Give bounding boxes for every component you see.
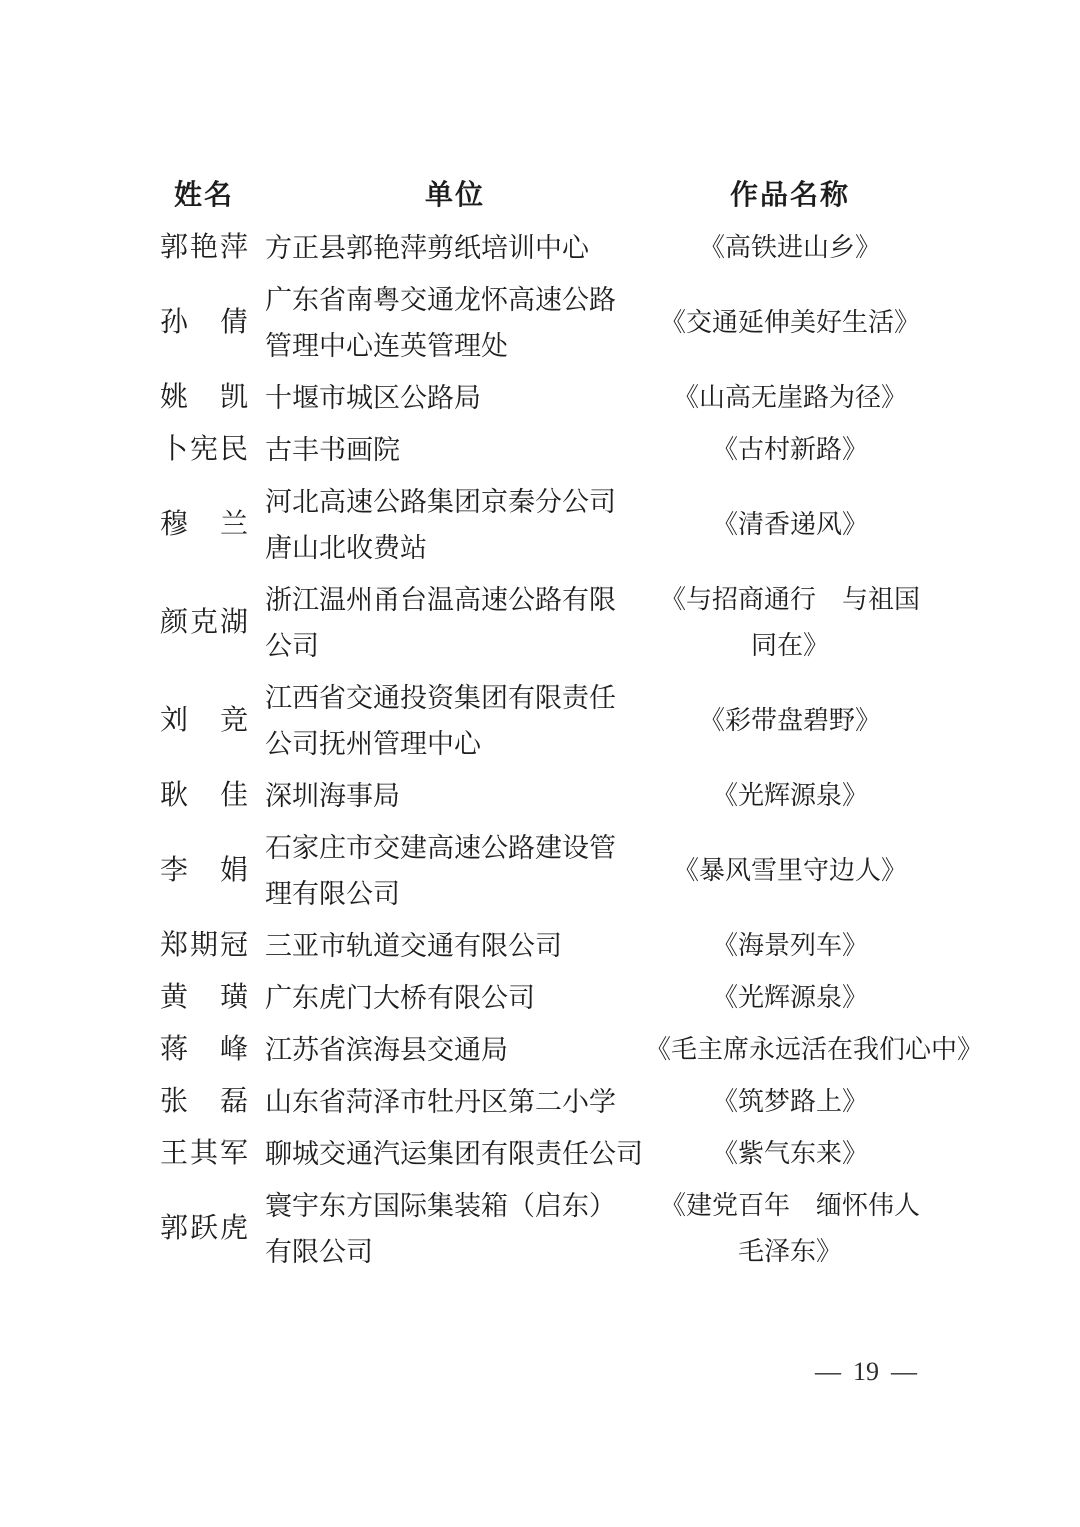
work-title: 《建党百年 缅怀伟人 毛泽东》 — [645, 1183, 935, 1275]
recipient-name: 刘 竞 — [160, 698, 248, 744]
work-title: 《毛主席永远活在我们心中》 — [645, 1027, 935, 1073]
recipient-name: 郑期冠 — [160, 923, 248, 969]
work-title: 《紫气东来》 — [645, 1131, 935, 1177]
recipient-name: 郭跃虎 — [160, 1206, 248, 1252]
work-title: 《与招商通行 与祖国 同在》 — [645, 577, 935, 669]
work-title: 《海景列车》 — [645, 923, 935, 969]
work-title: 《清香递风》 — [645, 502, 935, 548]
work-title: 《光辉源泉》 — [645, 773, 935, 819]
document-page: 姓名 单位 作品名称 郭艳萍方正县郭艳萍剪纸培训中心《高铁进山乡》孙 倩广东省南… — [0, 0, 1080, 1527]
page-number-dash-right: — — [891, 1356, 917, 1388]
recipient-name: 李 娟 — [160, 848, 248, 894]
awards-table: 姓名 单位 作品名称 郭艳萍方正县郭艳萍剪纸培训中心《高铁进山乡》孙 倩广东省南… — [160, 170, 950, 1278]
table-row: 卜宪民古丰书画院《古村新路》 — [160, 424, 950, 476]
work-title: 《交通延伸美好生活》 — [645, 300, 935, 346]
recipient-name: 耿 佳 — [160, 773, 248, 819]
work-title: 《高铁进山乡》 — [645, 225, 935, 271]
table-body: 郭艳萍方正县郭艳萍剪纸培训中心《高铁进山乡》孙 倩广东省南粤交通龙怀高速公路 管… — [160, 222, 950, 1278]
table-row: 穆 兰河北高速公路集团京秦分公司 唐山北收费站《清香递风》 — [160, 476, 950, 574]
table-row: 蒋 峰江苏省滨海县交通局《毛主席永远活在我们心中》 — [160, 1024, 950, 1076]
page-number: — 19 — — [815, 1356, 917, 1388]
work-title: 《彩带盘碧野》 — [645, 698, 935, 744]
recipient-unit: 十堰市城区公路局 — [265, 375, 645, 421]
table-row: 李 娟石家庄市交建高速公路建设管 理有限公司《暴风雪里守边人》 — [160, 822, 950, 920]
recipient-unit: 河北高速公路集团京秦分公司 唐山北收费站 — [265, 479, 645, 571]
work-title: 《古村新路》 — [645, 427, 935, 473]
recipient-unit: 方正县郭艳萍剪纸培训中心 — [265, 225, 645, 271]
work-title: 《暴风雪里守边人》 — [645, 848, 935, 894]
recipient-unit: 广东省南粤交通龙怀高速公路 管理中心连英管理处 — [265, 277, 645, 369]
table-row: 耿 佳深圳海事局《光辉源泉》 — [160, 770, 950, 822]
table-row: 郭跃虎寰宇东方国际集装箱（启东） 有限公司《建党百年 缅怀伟人 毛泽东》 — [160, 1180, 950, 1278]
recipient-name: 孙 倩 — [160, 300, 248, 346]
recipient-unit: 寰宇东方国际集装箱（启东） 有限公司 — [265, 1183, 645, 1275]
table-row: 黄 璜广东虎门大桥有限公司《光辉源泉》 — [160, 972, 950, 1024]
recipient-name: 张 磊 — [160, 1079, 248, 1125]
recipient-name: 穆 兰 — [160, 502, 248, 548]
recipient-unit: 聊城交通汽运集团有限责任公司 — [265, 1131, 645, 1177]
recipient-name: 王其军 — [160, 1131, 248, 1177]
work-title: 《山高无崖路为径》 — [645, 375, 935, 421]
recipient-name: 郭艳萍 — [160, 225, 248, 271]
column-header-name: 姓名 — [160, 173, 248, 219]
work-title: 《光辉源泉》 — [645, 975, 935, 1021]
recipient-unit: 三亚市轨道交通有限公司 — [265, 923, 645, 969]
column-header-unit: 单位 — [265, 173, 645, 219]
recipient-name: 姚 凯 — [160, 375, 248, 421]
table-row: 孙 倩广东省南粤交通龙怀高速公路 管理中心连英管理处《交通延伸美好生活》 — [160, 274, 950, 372]
table-row: 郭艳萍方正县郭艳萍剪纸培训中心《高铁进山乡》 — [160, 222, 950, 274]
recipient-name: 黄 璜 — [160, 975, 248, 1021]
recipient-unit: 江西省交通投资集团有限责任 公司抚州管理中心 — [265, 675, 645, 767]
page-number-dash-left: — — [815, 1356, 841, 1388]
table-row: 刘 竞江西省交通投资集团有限责任 公司抚州管理中心《彩带盘碧野》 — [160, 672, 950, 770]
work-title: 《筑梦路上》 — [645, 1079, 935, 1125]
recipient-name: 颜克湖 — [160, 600, 248, 646]
column-header-work: 作品名称 — [645, 173, 935, 219]
table-row: 姚 凯十堰市城区公路局《山高无崖路为径》 — [160, 372, 950, 424]
table-row: 颜克湖浙江温州甬台温高速公路有限 公司《与招商通行 与祖国 同在》 — [160, 574, 950, 672]
page-number-value: 19 — [853, 1356, 879, 1388]
recipient-unit: 深圳海事局 — [265, 773, 645, 819]
recipient-name: 卜宪民 — [160, 427, 248, 473]
recipient-unit: 山东省菏泽市牡丹区第二小学 — [265, 1079, 645, 1125]
recipient-unit: 江苏省滨海县交通局 — [265, 1027, 645, 1073]
table-row: 王其军聊城交通汽运集团有限责任公司《紫气东来》 — [160, 1128, 950, 1180]
table-row: 张 磊山东省菏泽市牡丹区第二小学《筑梦路上》 — [160, 1076, 950, 1128]
recipient-unit: 古丰书画院 — [265, 427, 645, 473]
table-header-row: 姓名 单位 作品名称 — [160, 170, 950, 222]
table-row: 郑期冠三亚市轨道交通有限公司《海景列车》 — [160, 920, 950, 972]
recipient-unit: 广东虎门大桥有限公司 — [265, 975, 645, 1021]
recipient-unit: 浙江温州甬台温高速公路有限 公司 — [265, 577, 645, 669]
recipient-unit: 石家庄市交建高速公路建设管 理有限公司 — [265, 825, 645, 917]
recipient-name: 蒋 峰 — [160, 1027, 248, 1073]
